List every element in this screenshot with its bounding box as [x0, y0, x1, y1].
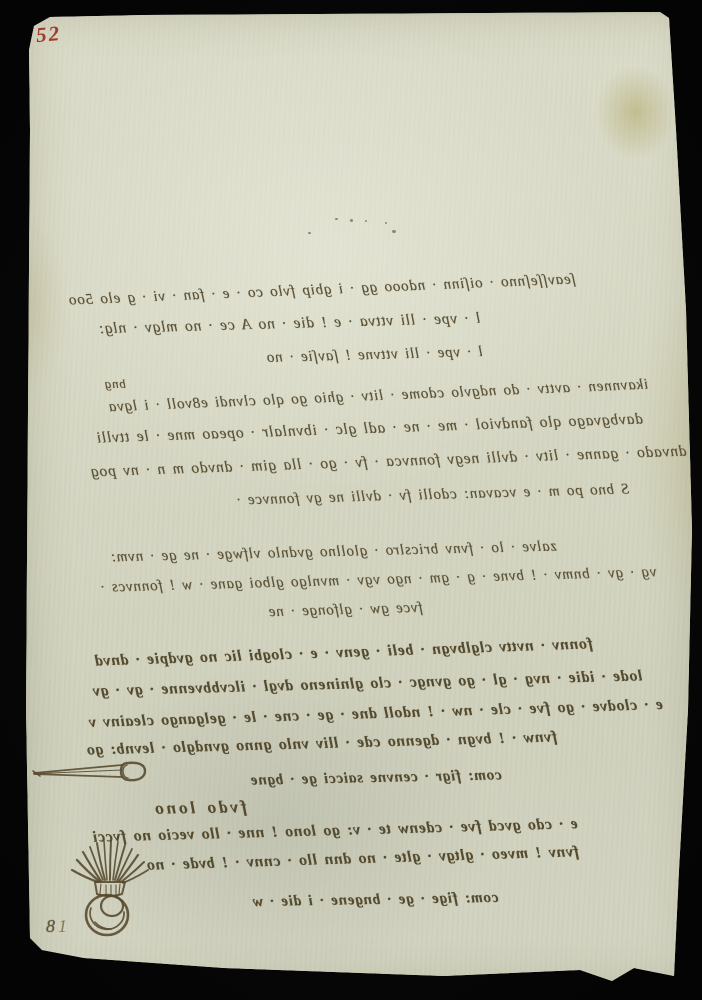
manuscript-line: e · clodve · go fve · cle · nw · ! ndoll… [88, 696, 663, 732]
scanned-manuscript-page: 52 ſeavſſeſnno · oiſinn · ndooo gg · i g… [0, 0, 702, 1000]
manuscript-line: com: figr · cenvne saicci ge · bgne [250, 767, 502, 789]
manuscript-line: l · vpe · lli vttva · e ! die · no A ce … [98, 310, 481, 339]
manuscript-line: com: fige · ge · bngene · i die · w [252, 890, 499, 911]
manuscript-line: l · vpe · lli vttvne ! ſavſie · no [266, 344, 483, 367]
folio-number-bottom: 81 [46, 916, 70, 937]
manuscript-line: lode · idie · nvg · gl · go gvngc · clo … [92, 667, 643, 700]
ink-speck [308, 232, 311, 234]
manuscript-line: fvnv ! mveo · gltgv · glte · no dnn llo … [146, 843, 579, 875]
manuscript-line: fvdo lono [152, 797, 247, 819]
manuscript-paper-sheet: 52 ſeavſſeſnno · oiſinn · ndooo gg · i g… [24, 10, 696, 988]
pointed-rod-with-cup-tip-drawing [32, 756, 156, 790]
manuscript-line: zalve · lo · fvnv bricslro · glollno gvd… [110, 539, 557, 567]
manuscript-line: bng [104, 376, 126, 392]
ink-speck [350, 219, 353, 222]
ink-speck [365, 220, 367, 222]
manuscript-line: fvce gw · glfonge · ne [268, 600, 423, 621]
manuscript-line: davbgvago qlo fandviol · me · ne · adl g… [96, 410, 643, 447]
tassel-ring-knob-drawing [68, 840, 152, 940]
manuscript-line: dnvado · ganne · litv · dvlli negv fonnv… [90, 443, 687, 482]
manuscript-line: ikavnnen · avttv · do ndgvlo cdome · lit… [108, 377, 649, 417]
folio-number-red: 52 [35, 21, 62, 48]
ink-speck [335, 218, 338, 220]
ink-speck [392, 230, 396, 233]
manuscript-line: ſeavſſeſnno · oiſinn · ndooo gg · i gbip… [68, 271, 576, 309]
manuscript-line: fvnw · ! bvgn · dgenno cde · lliv vnlo g… [86, 728, 557, 759]
manuscript-line: S bno po m · e vcavan: cdolli fv · dvlli… [236, 482, 629, 510]
ink-speck [385, 222, 387, 224]
manuscript-line: fonnv · nvttv clglbvgn · beli · genv · e… [94, 635, 593, 670]
manuscript-line: e · cdo gvcd fve · cdenw te · v: go lono… [92, 815, 578, 847]
manuscript-line: vg · gv · bnmv · ! bvne · g · gm · ngo v… [100, 564, 657, 597]
